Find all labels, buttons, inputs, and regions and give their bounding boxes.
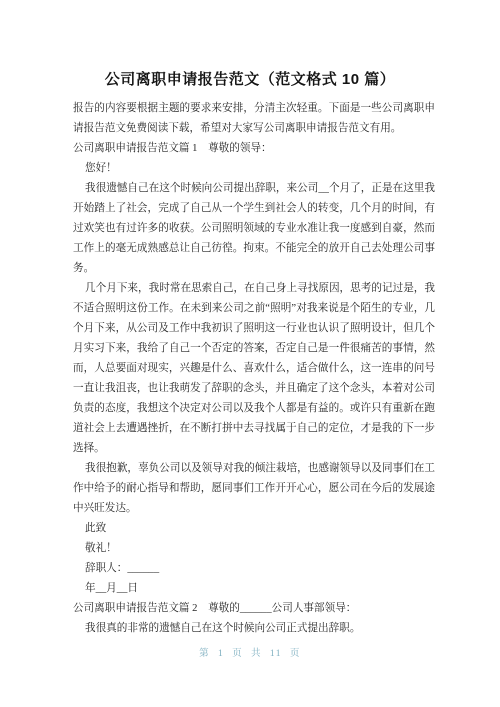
page-number-footer: 第 1 页 共 11 页 bbox=[0, 647, 500, 661]
intro-paragraph: 报告的内容要根据主题的要求来安排，分清主次轻重。下面是一些公司离职申请报告范文免… bbox=[73, 99, 435, 139]
section-1-heading: 公司离职申请报告范文篇 1 尊敬的领导： bbox=[73, 139, 435, 159]
greeting-line: 您好！ bbox=[73, 159, 435, 179]
body-paragraph-2: 几个月下来，我时常在思索自己，在自己身上寻找原因，思考的记过是，我不适合照明这份… bbox=[73, 279, 435, 459]
document-title: 公司离职申请报告范文（范文格式 10 篇） bbox=[0, 0, 500, 90]
signature-line: 辞职人：______ bbox=[73, 559, 435, 579]
salute-line: 敬礼！ bbox=[73, 539, 435, 559]
date-line: 年__月__日 bbox=[73, 579, 435, 599]
body-paragraph-4: 我很真的非常的遗憾自己在这个时候向公司正式提出辞职。 bbox=[73, 619, 435, 639]
section-2-heading: 公司离职申请报告范文篇 2 尊敬的______公司人事部领导： bbox=[73, 599, 435, 619]
body-paragraph-1: 我很遗憾自己在这个时候向公司提出辞职，来公司__个月了，正是在这里我开始踏上了社… bbox=[73, 179, 435, 279]
document-body: 报告的内容要根据主题的要求来安排，分清主次轻重。下面是一些公司离职申请报告范文免… bbox=[73, 99, 435, 639]
body-paragraph-3: 我很抱歉，辜负公司以及领导对我的倾注栽培，也感谢领导以及同事们在工作中给予的耐心… bbox=[73, 459, 435, 519]
document-page: 公司离职申请报告范文（范文格式 10 篇） 报告的内容要根据主题的要求来安排，分… bbox=[0, 0, 500, 707]
closing-line: 此致 bbox=[73, 519, 435, 539]
